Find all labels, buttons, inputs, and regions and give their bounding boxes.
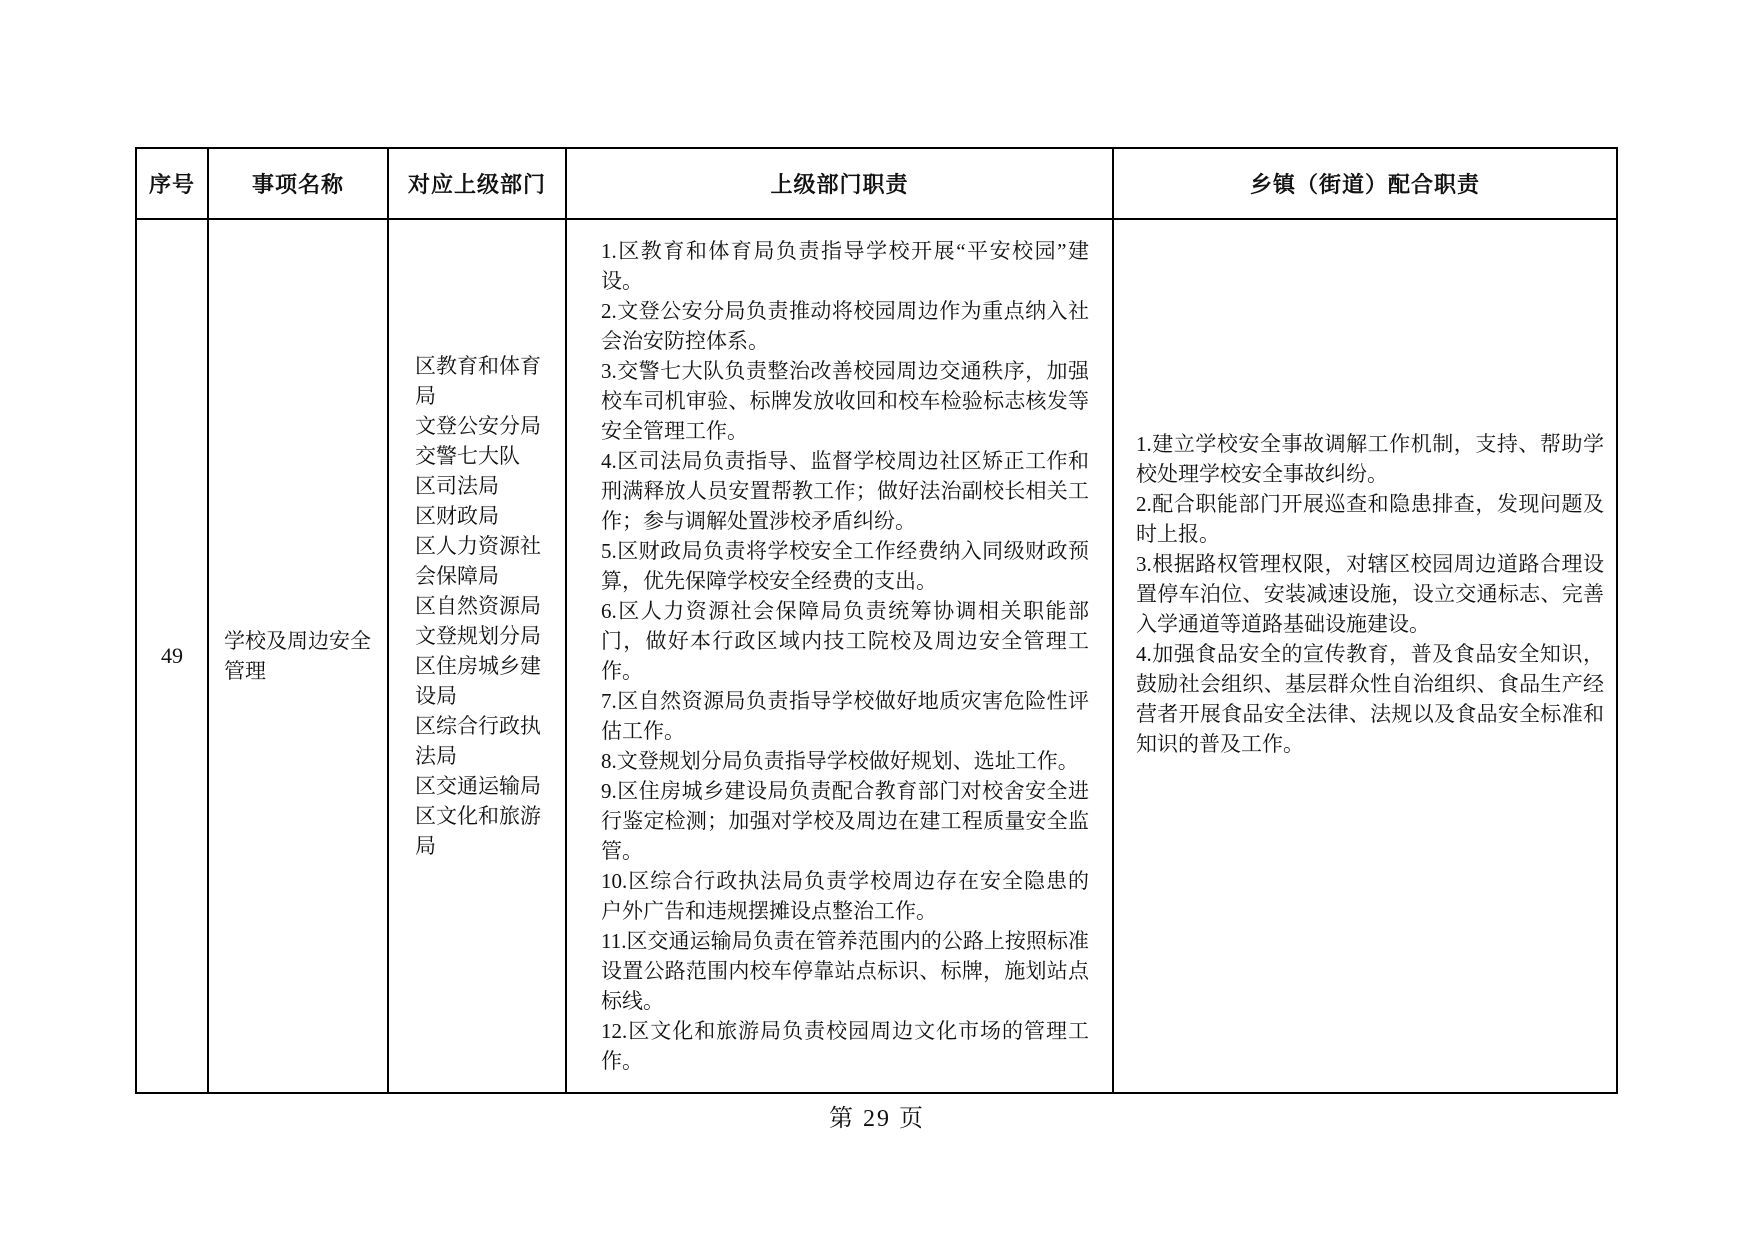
header-item-name: 事项名称	[208, 148, 388, 219]
cell-item-name: 学校及周边安全管理	[208, 219, 388, 1093]
cell-serial-number: 49	[136, 219, 208, 1093]
header-serial-number: 序号	[136, 148, 208, 219]
table-header-row: 序号 事项名称 对应上级部门 上级部门职责 乡镇（街道）配合职责	[136, 148, 1617, 219]
header-township-duties: 乡镇（街道）配合职责	[1113, 148, 1617, 219]
header-superior-duties: 上级部门职责	[566, 148, 1113, 219]
table-row: 49 学校及周边安全管理 区教育和体育局 文登公安分局 交警七大队 区司法局 区…	[136, 219, 1617, 1093]
cell-township-duties: 1.建立学校安全事故调解工作机制，支持、帮助学校处理学校安全事故纠纷。 2.配合…	[1113, 219, 1617, 1093]
header-superior-departments: 对应上级部门	[388, 148, 566, 219]
cell-superior-duties: 1.区教育和体育局负责指导学校开展“平安校园”建设。 2.文登公安分局负责推动将…	[566, 219, 1113, 1093]
responsibility-table: 序号 事项名称 对应上级部门 上级部门职责 乡镇（街道）配合职责 49 学校及周…	[135, 147, 1618, 1094]
page-number: 第 29 页	[0, 1098, 1754, 1133]
cell-superior-departments: 区教育和体育局 文登公安分局 交警七大队 区司法局 区财政局 区人力资源社会保障…	[388, 219, 566, 1093]
